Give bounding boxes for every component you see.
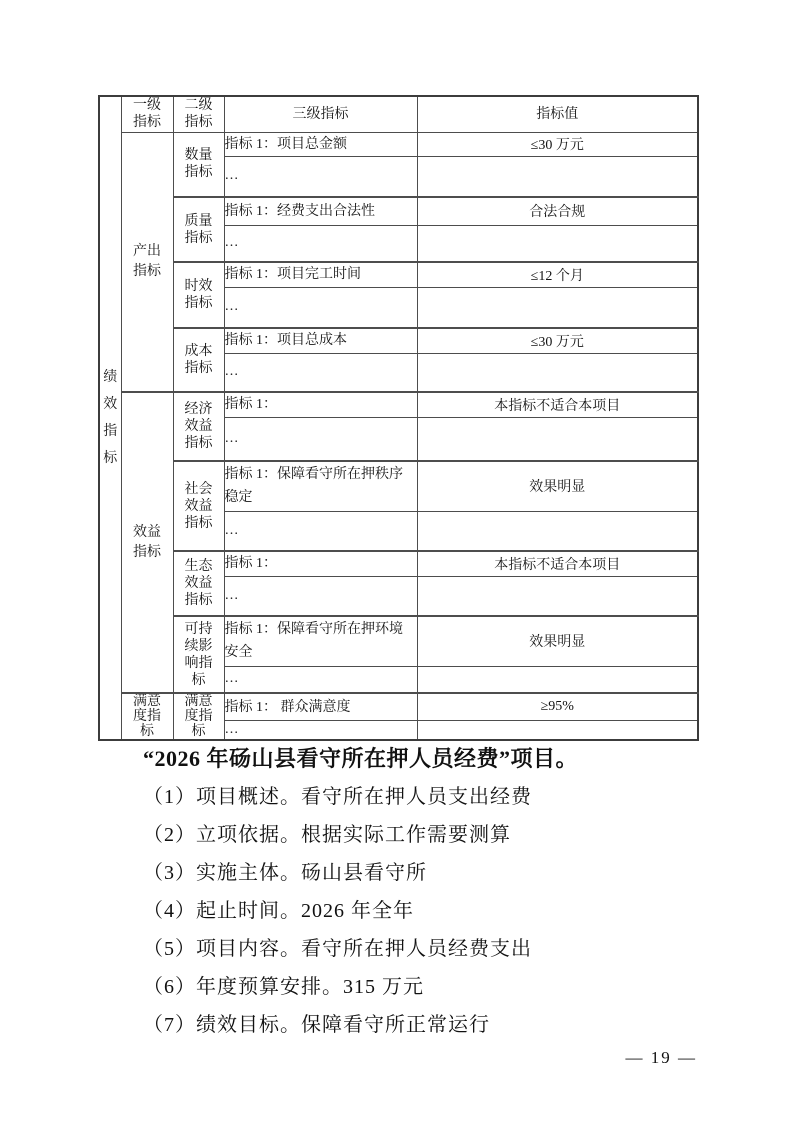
value-cell-empty <box>417 576 698 616</box>
project-notes: “2026 年砀山县看守所在押人员经费”项目。 （1）项目概述。看守所在押人员支… <box>0 739 793 1044</box>
level2-satisfaction: 满意 度指 标 <box>173 693 224 740</box>
level1-satisfaction: 满意 度指 标 <box>121 693 173 740</box>
level2-sustainable: 可持 续影 响指 标 <box>173 616 224 693</box>
level1-output: 产出 指标 <box>121 132 173 392</box>
note-item-1: （1）项目概述。看守所在押人员支出经费 <box>0 778 793 816</box>
indicator-cell: 指标 1： <box>224 551 417 576</box>
more-cell: … <box>224 353 417 392</box>
value-cell-empty <box>417 417 698 461</box>
value-cell: 合法合规 <box>417 197 698 225</box>
level2-timeliness: 时效 指标 <box>173 262 224 328</box>
value-cell: ≥95% <box>417 693 698 721</box>
note-item-3: （3）实施主体。砀山县看守所 <box>0 854 793 892</box>
value-cell-empty <box>417 287 698 328</box>
project-title: “2026 年砀山县看守所在押人员经费”项目。 <box>0 739 793 778</box>
performance-indicator-table: 绩 效 指 标 一级 指标 二级 指标 三级指标 指标值 产出 指标 数量 指标… <box>98 95 699 741</box>
indicator-cell: 指标 1：项目总金额 <box>224 132 417 156</box>
note-item-7: （7）绩效目标。保障看守所正常运行 <box>0 1006 793 1044</box>
indicator-cell: 指标 1：保障看守所在押环境安全 <box>224 616 417 666</box>
indicator-cell: 指标 1：经费支出合法性 <box>224 197 417 225</box>
page-number: — 19 — <box>626 1048 698 1068</box>
value-cell: 本指标不适合本项目 <box>417 551 698 576</box>
more-cell: … <box>224 511 417 551</box>
level2-quality: 质量 指标 <box>173 197 224 262</box>
value-cell: 效果明显 <box>417 461 698 511</box>
indicator-cell: 指标 1：项目总成本 <box>224 328 417 353</box>
more-cell: … <box>224 225 417 262</box>
value-cell: ≤30 万元 <box>417 132 698 156</box>
level2-social: 社会 效益 指标 <box>173 461 224 551</box>
value-cell: 效果明显 <box>417 616 698 666</box>
note-item-4: （4）起止时间。2026 年全年 <box>0 892 793 930</box>
value-cell-empty <box>417 721 698 740</box>
document-page: 绩 效 指 标 一级 指标 二级 指标 三级指标 指标值 产出 指标 数量 指标… <box>0 0 793 1122</box>
header-level3: 三级指标 <box>224 96 417 132</box>
value-cell-empty <box>417 156 698 197</box>
more-cell: … <box>224 287 417 328</box>
value-cell-empty <box>417 511 698 551</box>
indicator-cell: 指标 1：保障看守所在押秩序稳定 <box>224 461 417 511</box>
level2-economic: 经济 效益 指标 <box>173 392 224 461</box>
header-level2: 二级 指标 <box>173 96 224 132</box>
note-item-2: （2）立项依据。根据实际工作需要测算 <box>0 816 793 854</box>
level2-ecological: 生态 效益 指标 <box>173 551 224 616</box>
header-value: 指标值 <box>417 96 698 132</box>
value-cell-empty <box>417 353 698 392</box>
more-cell: … <box>224 417 417 461</box>
note-item-6: （6）年度预算安排。315 万元 <box>0 968 793 1006</box>
value-cell: ≤12 个月 <box>417 262 698 287</box>
more-cell: … <box>224 721 417 740</box>
more-cell: … <box>224 576 417 616</box>
level2-cost: 成本 指标 <box>173 328 224 392</box>
more-cell: … <box>224 156 417 197</box>
more-cell: … <box>224 666 417 693</box>
note-item-5: （5）项目内容。看守所在押人员经费支出 <box>0 930 793 968</box>
value-cell: 本指标不适合本项目 <box>417 392 698 417</box>
value-cell: ≤30 万元 <box>417 328 698 353</box>
value-cell-empty <box>417 225 698 262</box>
header-level1: 一级 指标 <box>121 96 173 132</box>
level1-benefit: 效益 指标 <box>121 392 173 693</box>
indicator-table: 绩 效 指 标 一级 指标 二级 指标 三级指标 指标值 产出 指标 数量 指标… <box>98 95 699 741</box>
indicator-cell: 指标 1： <box>224 392 417 417</box>
level2-quantity: 数量 指标 <box>173 132 224 197</box>
value-cell-empty <box>417 666 698 693</box>
indicator-cell: 指标 1：项目完工时间 <box>224 262 417 287</box>
table-side-label: 绩 效 指 标 <box>99 96 121 740</box>
indicator-cell: 指标 1： 群众满意度 <box>224 693 417 721</box>
